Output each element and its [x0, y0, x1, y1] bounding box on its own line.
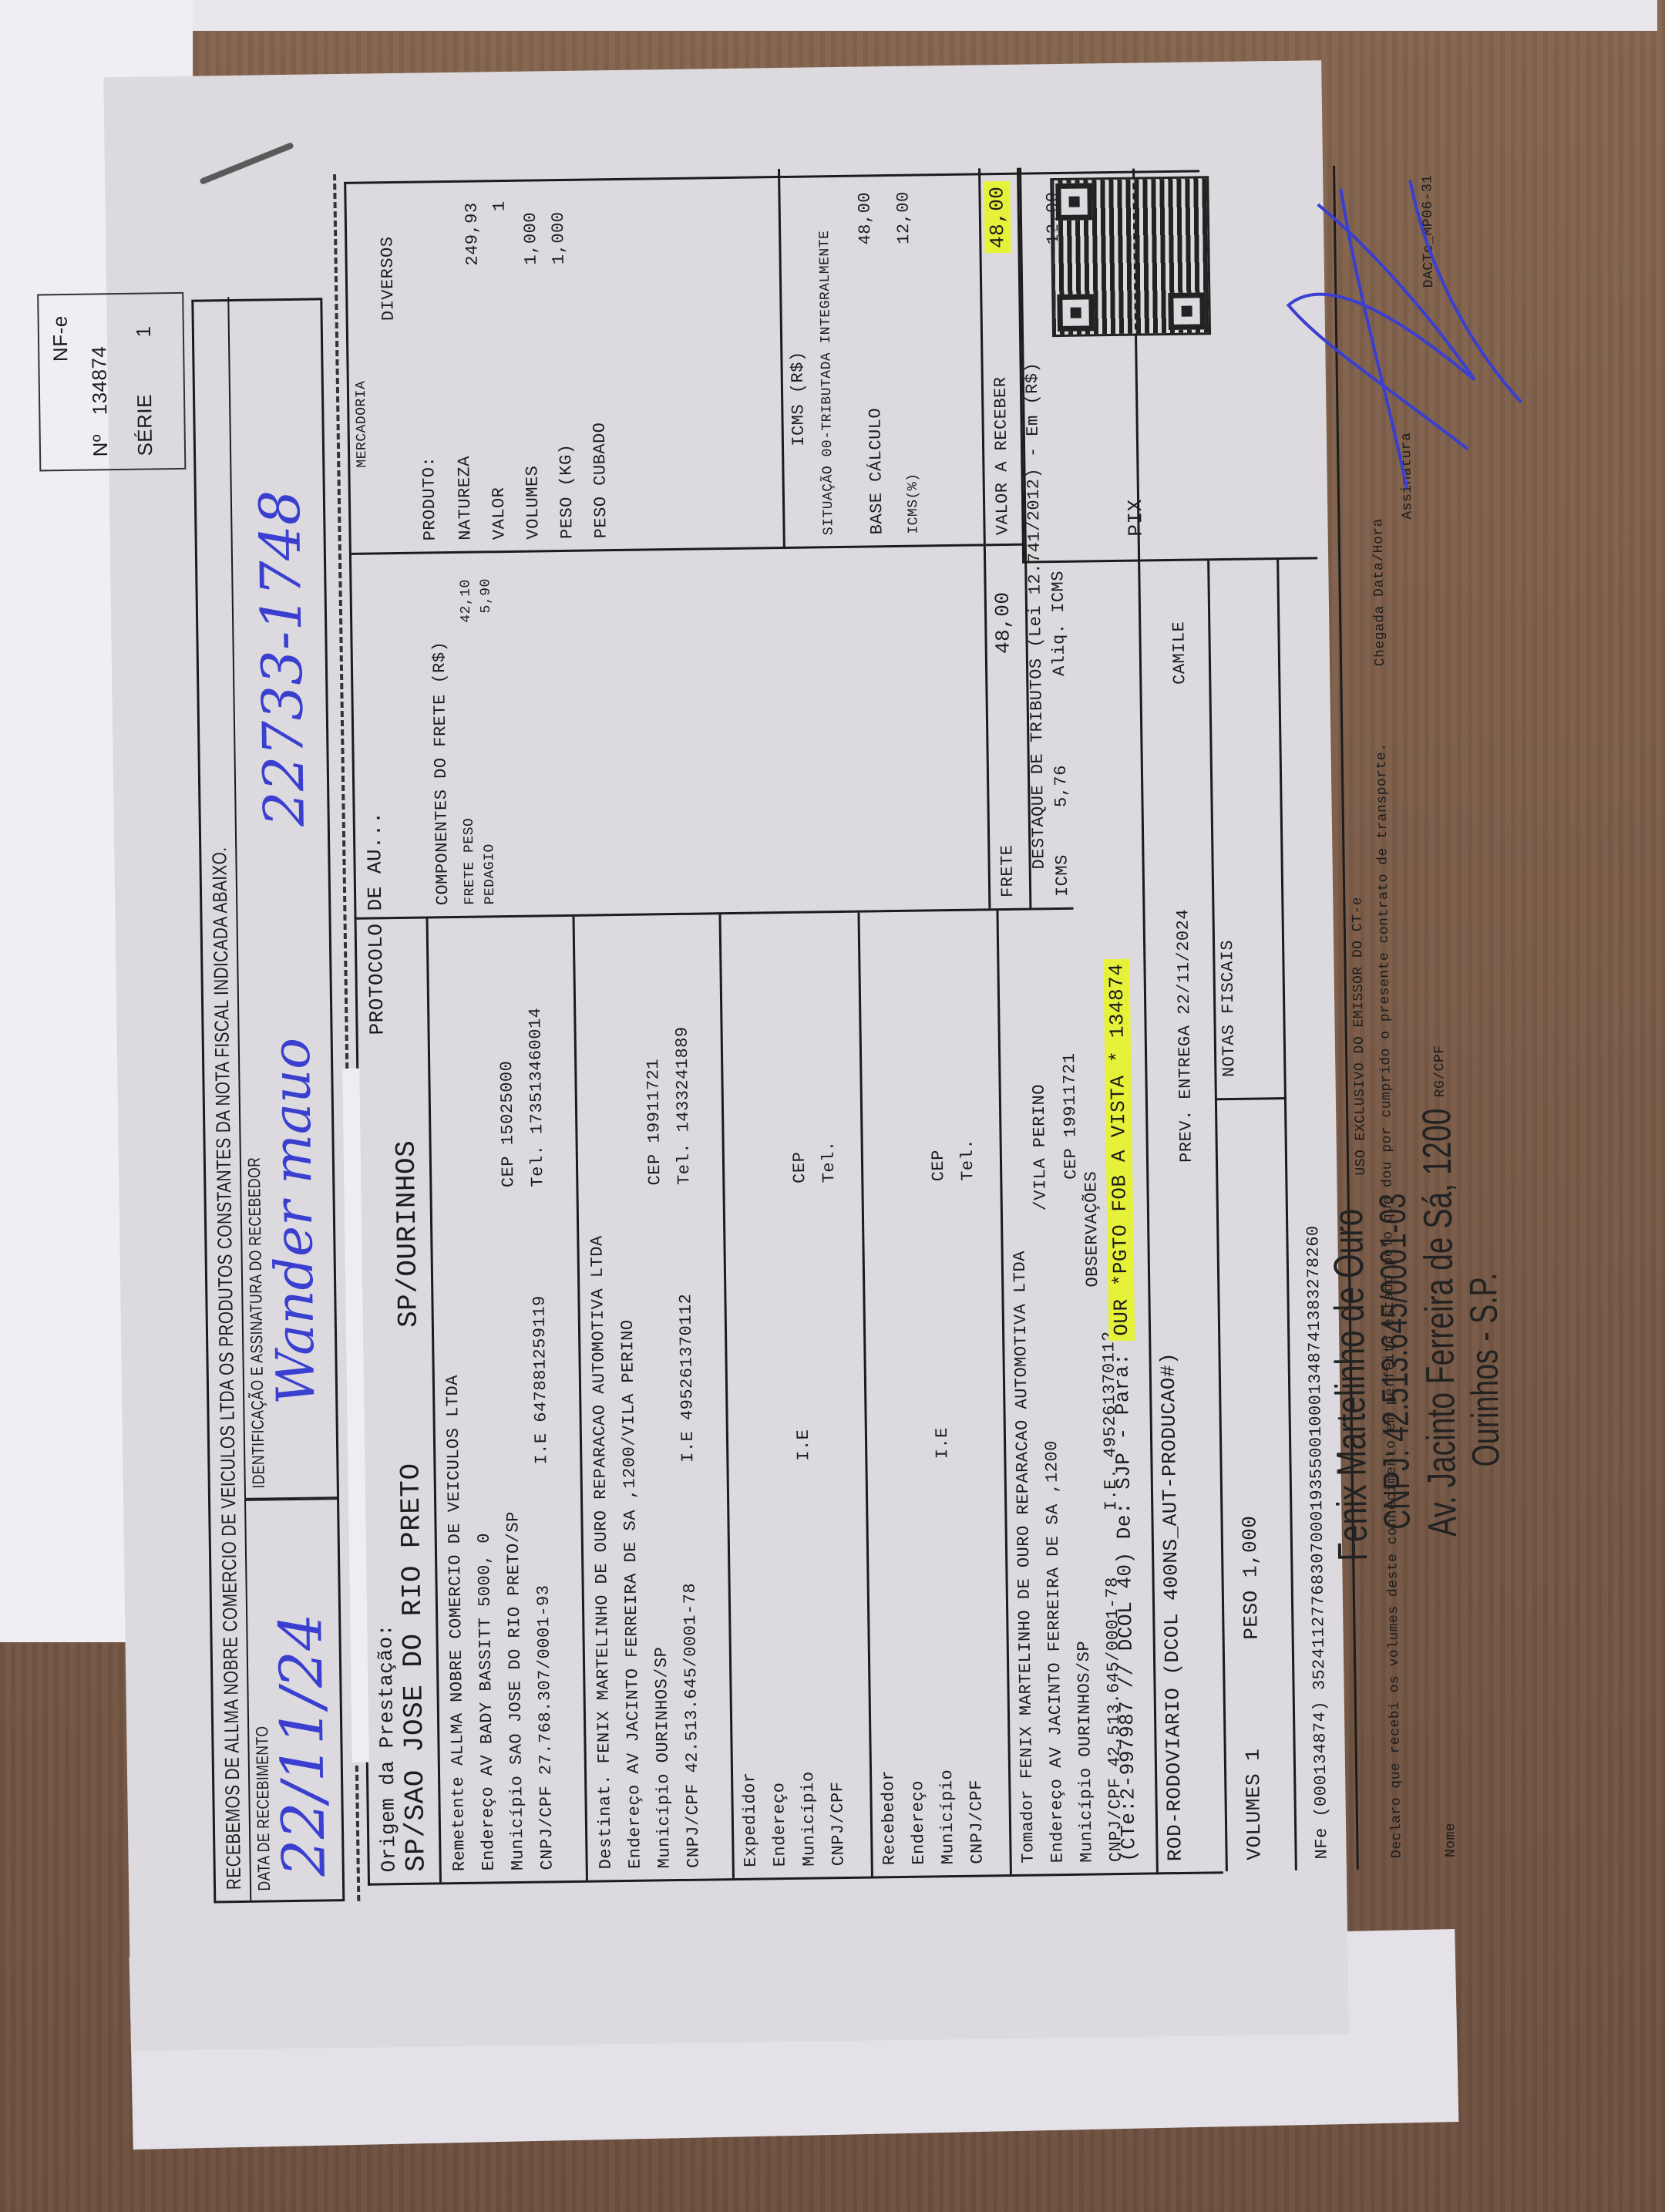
tomador-endereco-label: Endereço	[1047, 1778, 1068, 1863]
peso-kg-label: PESO (KG)	[557, 443, 577, 539]
chegada-label: Chegada Data/Hora	[1371, 518, 1388, 666]
componentes-frete-block: COMPONENTES DO FRETE (R$) FRETE PESO 42,…	[421, 548, 858, 917]
stamp-line4: Ourinhos - S.P.	[1461, 1272, 1509, 1466]
nfe-serie: 1	[132, 325, 156, 337]
destinatario-municipio: OURINHOS/SP	[652, 1646, 673, 1763]
pedagio-label: PEDAGIO	[482, 843, 498, 904]
valor-label: VALOR	[489, 487, 510, 540]
destinatario-tel-label: Tel.	[674, 1143, 695, 1185]
pix-qr-code[interactable]	[1050, 176, 1211, 337]
frete-label: FRETE	[997, 844, 1017, 897]
destinatario-name: FENIX MARTELINHO DE OURO REPARACAO AUTOM…	[587, 1235, 614, 1763]
tomador-label: Tomador	[1017, 1789, 1038, 1864]
observacoes-line2: ROD-RODOVIARIO (DCOL 400NS_AUT-PRODUCAO#…	[1156, 1352, 1186, 1862]
remetente-municipio-label: Município	[507, 1775, 528, 1870]
tomador-name: FENIX MARTELINHO DE OURO REPARACAO AUTOM…	[1011, 1251, 1038, 1779]
recebedor-label: Recebedor	[879, 1770, 900, 1866]
remetente-ie-label: I.E	[532, 1433, 552, 1464]
destinatario-ie-label: I.E	[678, 1431, 698, 1463]
expedidor-municipio-label: Município	[799, 1771, 819, 1867]
signature-scribble-icon	[1271, 170, 1569, 498]
mercadoria-title: MERCADORIA	[354, 380, 371, 467]
remetente-municipio: SAO JOSE DO RIO PRETO/SP	[503, 1511, 526, 1765]
nfe-box: NF-e Nº 134874 SÉRIE 1	[37, 292, 186, 472]
tomador-endereco: AV JACINTO FERREIRA DE SA ,1200	[1042, 1440, 1066, 1768]
recebedor-tel-label: Tel.	[958, 1139, 978, 1181]
volumes-row-value: 1	[1242, 1748, 1265, 1761]
main-form: Origem da Prestação: SP/SAO JOSE DO RIO …	[344, 170, 1223, 1885]
destinatario-label: Destinat.	[595, 1774, 616, 1870]
receipt-date-box: DATA DE RECEBIMENTO 22/11/24	[244, 1498, 345, 1901]
peso-row-label: PESO	[1239, 1590, 1263, 1640]
icms-percent-label: ICMS(%)	[906, 473, 922, 534]
remetente-cep: 15025000	[497, 1060, 518, 1145]
expedidor-tel-label: Tel.	[819, 1140, 839, 1183]
observacoes-line1: (CTe:2-997987 // DCOL 40) De: SJP - Para…	[1110, 1340, 1140, 1862]
destaque-icms-label: ICMS	[1052, 854, 1072, 897]
remetente-tel-label: Tel.	[528, 1145, 548, 1187]
destinatario-tel: 1433241889	[673, 1026, 694, 1132]
remetente-endereco-label: Endereço	[478, 1786, 499, 1871]
destaque-aliq-label: Aliq. ICMS	[1048, 571, 1069, 676]
uso-exclusivo-label: USO EXCLUSIVO DO EMISSOR DO CT-e	[1350, 897, 1369, 1176]
expedidor-endereco-label: Endereço	[769, 1782, 790, 1867]
observacoes-title: OBSERVAÇÕES	[1081, 1171, 1102, 1288]
nfe-key-label: NFe (000134874)	[1310, 1701, 1332, 1860]
destinatario-block: Destinat. FENIX MARTELINHO DE OURO REPAR…	[573, 914, 735, 1880]
document-page: RECEBEMOS DE ALLMA NOBRE COMERCIO DE VEI…	[103, 60, 1349, 2051]
pedagio-value: 5,90	[478, 578, 494, 613]
base-calculo-value: 48,00	[855, 192, 875, 245]
mercadoria-block: MERCADORIA PRODUTO: DIVERSOS NATUREZA VA…	[346, 169, 785, 555]
frete-peso-label: FRETE PESO	[462, 818, 479, 905]
destinatario-endereco-label: Endereço	[624, 1784, 645, 1869]
expedidor-cnpj-label: CNPJ/CPF	[828, 1781, 849, 1866]
receiver-handwritten-number: 22733-1748	[247, 490, 317, 827]
componentes-frete-title: COMPONENTES DO FRETE (R$)	[430, 641, 453, 905]
dacte-document: RECEBEMOS DE ALLMA NOBRE COMERCIO DE VEI…	[103, 60, 1349, 2051]
frete-peso-value: 42,10	[458, 579, 474, 623]
destinatario-endereco: AV JACINTO FERREIRA DE SA ,1200/VILA PER…	[618, 1319, 644, 1773]
remetente-endereco: AV BADY BASSITT 5000, 0	[475, 1533, 497, 1776]
remetente-cep-label: CEP	[499, 1156, 519, 1187]
remetente-cnpj-label: CNPJ/CPF	[536, 1786, 557, 1870]
notas-fiscais-label: NOTAS FISCAIS	[1218, 940, 1239, 1077]
recebedor-cnpj-label: CNPJ/CPF	[967, 1779, 987, 1864]
receipt-date-handwritten: 22/11/24	[266, 1613, 338, 1877]
expedidor-label: Expedidor	[740, 1772, 761, 1867]
valor-receber-label: VALOR A RECEBER	[991, 376, 1013, 535]
rg-cpf-label: RG/CPF	[1432, 1045, 1448, 1097]
stamp-line3: Av. Jacinto Ferreira de Sá, 1200	[1414, 1108, 1466, 1537]
volumes-label: VOLUMES	[523, 465, 543, 539]
pix-label: PIX	[1124, 499, 1148, 537]
values-section: COMPONENTES DO FRETE (R$) FRETE PESO 42,…	[346, 167, 1073, 920]
stamp-line1: Fenix Martelinho de Ouro	[1324, 1208, 1377, 1561]
expedidor-cep-label: CEP	[790, 1151, 810, 1183]
remetente-label: Remetente	[449, 1776, 469, 1872]
nfe-serie-label: SÉRIE	[133, 394, 157, 456]
recebedor-endereco-label: Endereço	[908, 1780, 929, 1865]
icms-situacao: SITUAÇÃO 00-TRIBUTADA INTEGRALMENTE	[817, 231, 837, 536]
nome-label: Nome	[1443, 1823, 1459, 1857]
operator-name: CAMILE	[1169, 621, 1189, 685]
destinatario-cnpj: 42.513.645/0001-78	[681, 1583, 702, 1773]
receipt-stub: RECEBEMOS DE ALLMA NOBRE COMERCIO DE VEI…	[191, 298, 345, 1903]
remetente-ie: 647881259119	[530, 1295, 550, 1422]
origin-value: SP/SAO JOSE DO RIO PRETO	[395, 1463, 432, 1872]
valor-value: 249,93	[462, 202, 483, 266]
volumes-row-label: VOLUMES	[1242, 1773, 1266, 1860]
recebedor-ie-label: I.E	[933, 1427, 953, 1459]
underlying-sheet-top	[193, 0, 1657, 31]
icms-percent-value: 12,00	[893, 191, 913, 244]
origin-label: Origem da Prestação:	[374, 1624, 400, 1872]
destaque-icms-value: 5,76	[1051, 765, 1071, 807]
remetente-cnpj: 27.768.307/0001-93	[534, 1584, 556, 1775]
nfe-number-label: Nº	[89, 434, 113, 457]
natureza-label: NATUREZA	[455, 456, 476, 540]
receiver-id-box: IDENTIFICAÇÃO E ASSINATURA DO RECEBEDOR …	[227, 295, 339, 1500]
observacoes-highlight: OUR *PGTO FOB A VISTA * 134874	[1103, 958, 1135, 1341]
receiver-signature-handwritten: Wander mauo	[261, 1037, 328, 1405]
remetente-tel: 1735134600​14	[526, 1007, 547, 1134]
peso-kg-value: 1,000	[521, 212, 541, 265]
destinatario-cep-label: CEP	[645, 1153, 665, 1185]
remetente-name: ALLMA NOBRE COMERCIO DE VEICULOS LTDA	[443, 1375, 468, 1766]
produto-label: PRODUTO:	[419, 456, 440, 541]
produto-value: DIVERSOS	[378, 236, 399, 321]
peso-cubado-value: 1,000	[549, 211, 569, 264]
recebedor-block: Recebedor Endereço Município CNPJ/CPF I.…	[857, 911, 1011, 1876]
tomador-bairro: /VILA PERINO	[1030, 1084, 1051, 1211]
recebedor-cep-label: CEP	[929, 1150, 949, 1181]
icms-block: ICMS (R$) SITUAÇÃO 00-TRIBUTADA INTEGRAL…	[778, 166, 984, 549]
remetente-block: Remetente ALLMA NOBRE COMERCIO DE VEICUL…	[426, 917, 588, 1883]
destinatario-ie: 495261370112	[676, 1293, 697, 1420]
recebedor-municipio-label: Município	[937, 1769, 958, 1865]
icms-title: ICMS (R$)	[788, 351, 809, 446]
destinatario-municipio-label: Município	[654, 1773, 674, 1869]
qr-finder-icon	[1055, 183, 1093, 221]
nfe-number: 134874	[87, 345, 112, 415]
destinatario-cnpj-label: CNPJ/CPF	[683, 1783, 704, 1868]
prev-entrega-value: 22/11/2024	[1173, 909, 1194, 1015]
destinatario-cep: 19911721	[644, 1059, 664, 1143]
expedidor-ie-label: I.E	[794, 1429, 814, 1460]
volumes-value: 1	[490, 200, 510, 211]
expedidor-block: Expedidor Endereço Município CNPJ/CPF I.…	[718, 913, 873, 1878]
prev-entrega-label: PREV. ENTREGA	[1176, 1025, 1196, 1162]
nfe-label: NF-e	[49, 315, 73, 362]
peso-cubado-label: PESO CUBADO	[590, 422, 611, 538]
qr-finder-icon	[1168, 292, 1206, 330]
base-calculo-label: BASE CÁLCULO	[866, 408, 886, 535]
peso-row-value: 1,000	[1238, 1515, 1262, 1577]
destination-value: SP/OURINHOS	[391, 1140, 425, 1328]
qr-finder-icon	[1057, 294, 1095, 332]
frete-value: 48,00	[991, 591, 1015, 654]
observacoes-block: OBSERVAÇÕES (CTe:2-997987 // DCOL 40) De…	[1068, 561, 1226, 1873]
valor-receber-value: 48,00	[984, 181, 1011, 253]
stamp-line2: CNPJ: 42.513.645/0001-03	[1372, 1193, 1419, 1530]
